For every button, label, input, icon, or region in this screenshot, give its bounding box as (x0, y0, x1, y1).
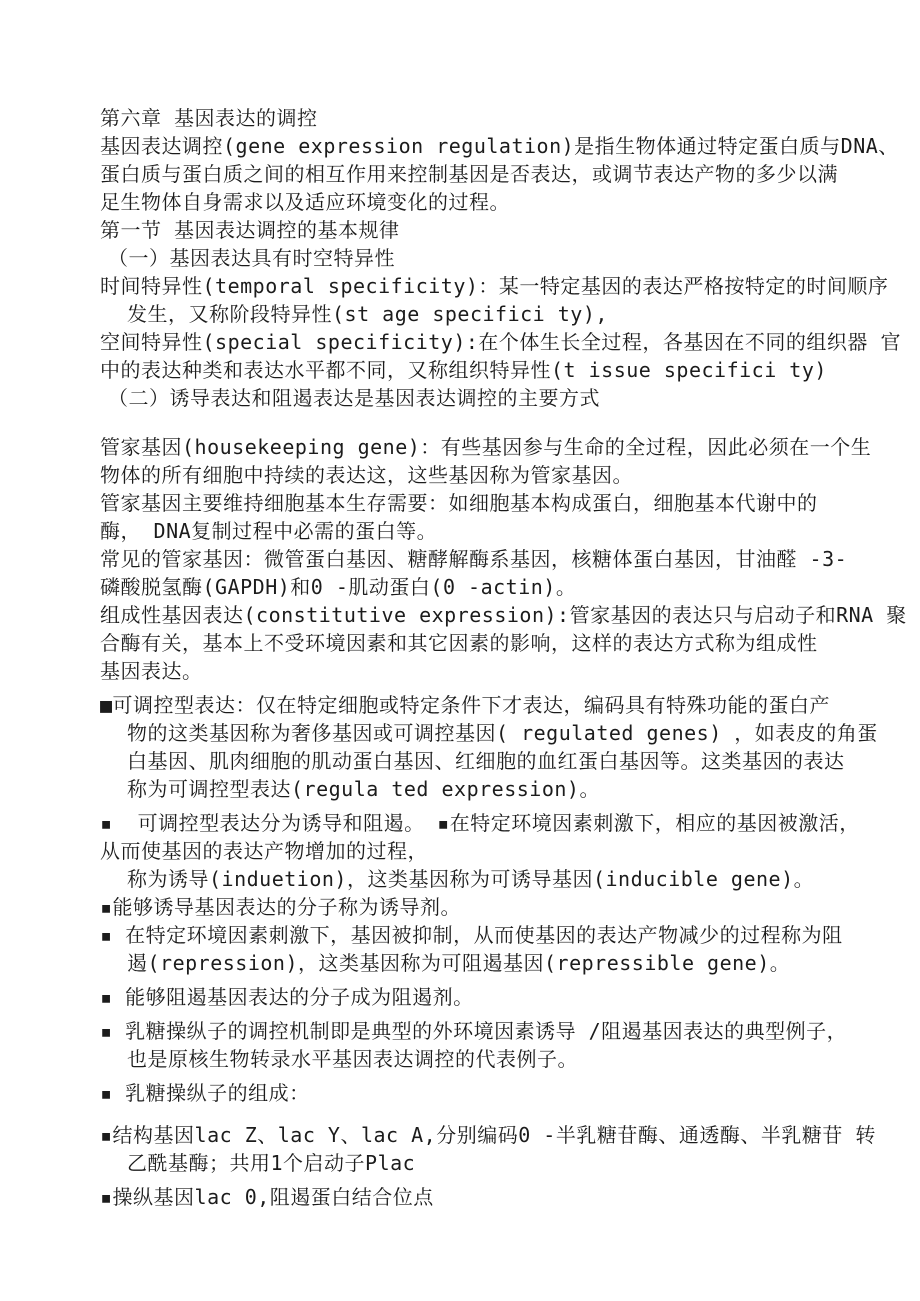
text-line: 物的这类基因称为奢侈基因或可调控基因( regulated genes) ，如表… (100, 719, 845, 747)
section-title: 第一节 基因表达调控的基本规律 (100, 216, 845, 244)
text-line: 遏(repression)，这类基因称为可阻遏基因(repressible ge… (100, 949, 845, 977)
bullet-line: ▪能够诱导基因表达的分子称为诱导剂。 (100, 893, 845, 921)
text-line: 乙酰基酶；共用1个启动子Plac (100, 1149, 845, 1177)
subsection-title: （二）诱导表达和阻遏表达是基因表达调控的主要方式 (100, 384, 845, 412)
bullet-line: ▪ 能够阻遏基因表达的分子成为阻遏剂。 (100, 983, 845, 1011)
text-line: 常见的管家基因：微管蛋白基因、糖酵解酶系基因，核糖体蛋白基因，甘油醛 -3- (100, 545, 845, 573)
document-page: 第六章 基因表达的调控 基因表达调控(gene expression regul… (0, 0, 920, 1301)
text-line: 基因表达调控(gene expression regulation)是指生物体通… (100, 132, 845, 160)
text-line: 物体的所有细胞中持续的表达这，这些基因称为管家基因。 (100, 461, 845, 489)
bullet-line: ▪操纵基因lac 0,阻遏蛋白结合位点 (100, 1183, 845, 1211)
text-line: 发生，又称阶段特异性(st age specifici ty), (100, 300, 845, 328)
text-line: 从而使基因的表达产物增加的过程， (100, 837, 845, 865)
text-line: 蛋白质与蛋白质之间的相互作用来控制基因是否表达，或调节表达产物的多少以满 (100, 160, 845, 188)
text-line: 磷酸脱氢酶(GAPDH)和0 -肌动蛋白(0 -actin)。 (100, 573, 845, 601)
document-text-block: 第六章 基因表达的调控 基因表达调控(gene expression regul… (100, 104, 845, 1211)
text-line: 空间特异性(special specificity):在个体生长全过程，各基因在… (100, 328, 845, 356)
text-line: 合酶有关，基本上不受环境因素和其它因素的影响，这样的表达方式称为组成性 (100, 629, 845, 657)
text-line: 中的表达种类和表达水平都不同，又称组织特异性(t issue specifici… (100, 356, 845, 384)
text-line: 酶， DNA复制过程中必需的蛋白等。 (100, 517, 845, 545)
text-line: 组成性基因表达(constitutive expression):管家基因的表达… (100, 601, 845, 629)
bullet-line: ■可调控型表达：仅在特定细胞或特定条件下才表达，编码具有特殊功能的蛋白产 (100, 691, 845, 719)
text-line: 称为可调控型表达(regula ted expression)。 (100, 775, 845, 803)
text-line: 时间特异性(temporal specificity)：某一特定基因的表达严格按… (100, 272, 845, 300)
bullet-line: ▪ 乳糖操纵子的调控机制即是典型的外环境因素诱导 /阻遏基因表达的典型例子， (100, 1017, 845, 1045)
bullet-line: ▪结构基因lac Z、lac Y、lac A,分别编码0 -半乳糖苷酶、通透酶、… (100, 1121, 845, 1149)
text-line: 基因表达。 (100, 657, 845, 685)
bullet-line: ▪ 可调控型表达分为诱导和阻遏。 ▪在特定环境因素刺激下，相应的基因被激活， (100, 809, 845, 837)
text-line: 管家基因(housekeeping gene)：有些基因参与生命的全过程，因此必… (100, 433, 845, 461)
text-line: 足生物体自身需求以及适应环境变化的过程。 (100, 188, 845, 216)
text-line: 也是原核生物转录水平基因表达调控的代表例子。 (100, 1045, 845, 1073)
subsection-title: （一）基因表达具有时空特异性 (100, 244, 845, 272)
text-line: 称为诱导(induetion)，这类基因称为可诱导基因(inducible ge… (100, 865, 845, 893)
text-line: 管家基因主要维持细胞基本生存需要：如细胞基本构成蛋白，细胞基本代谢中的 (100, 489, 845, 517)
text-line: 白基因、肌肉细胞的肌动蛋白基因、红细胞的血红蛋白基因等。这类基因的表达 (100, 747, 845, 775)
bullet-line: ▪ 乳糖操纵子的组成： (100, 1079, 845, 1107)
bullet-line: ▪ 在特定环境因素刺激下，基因被抑制，从而使基因的表达产物减少的过程称为阻 (100, 921, 845, 949)
chapter-title: 第六章 基因表达的调控 (100, 104, 845, 132)
